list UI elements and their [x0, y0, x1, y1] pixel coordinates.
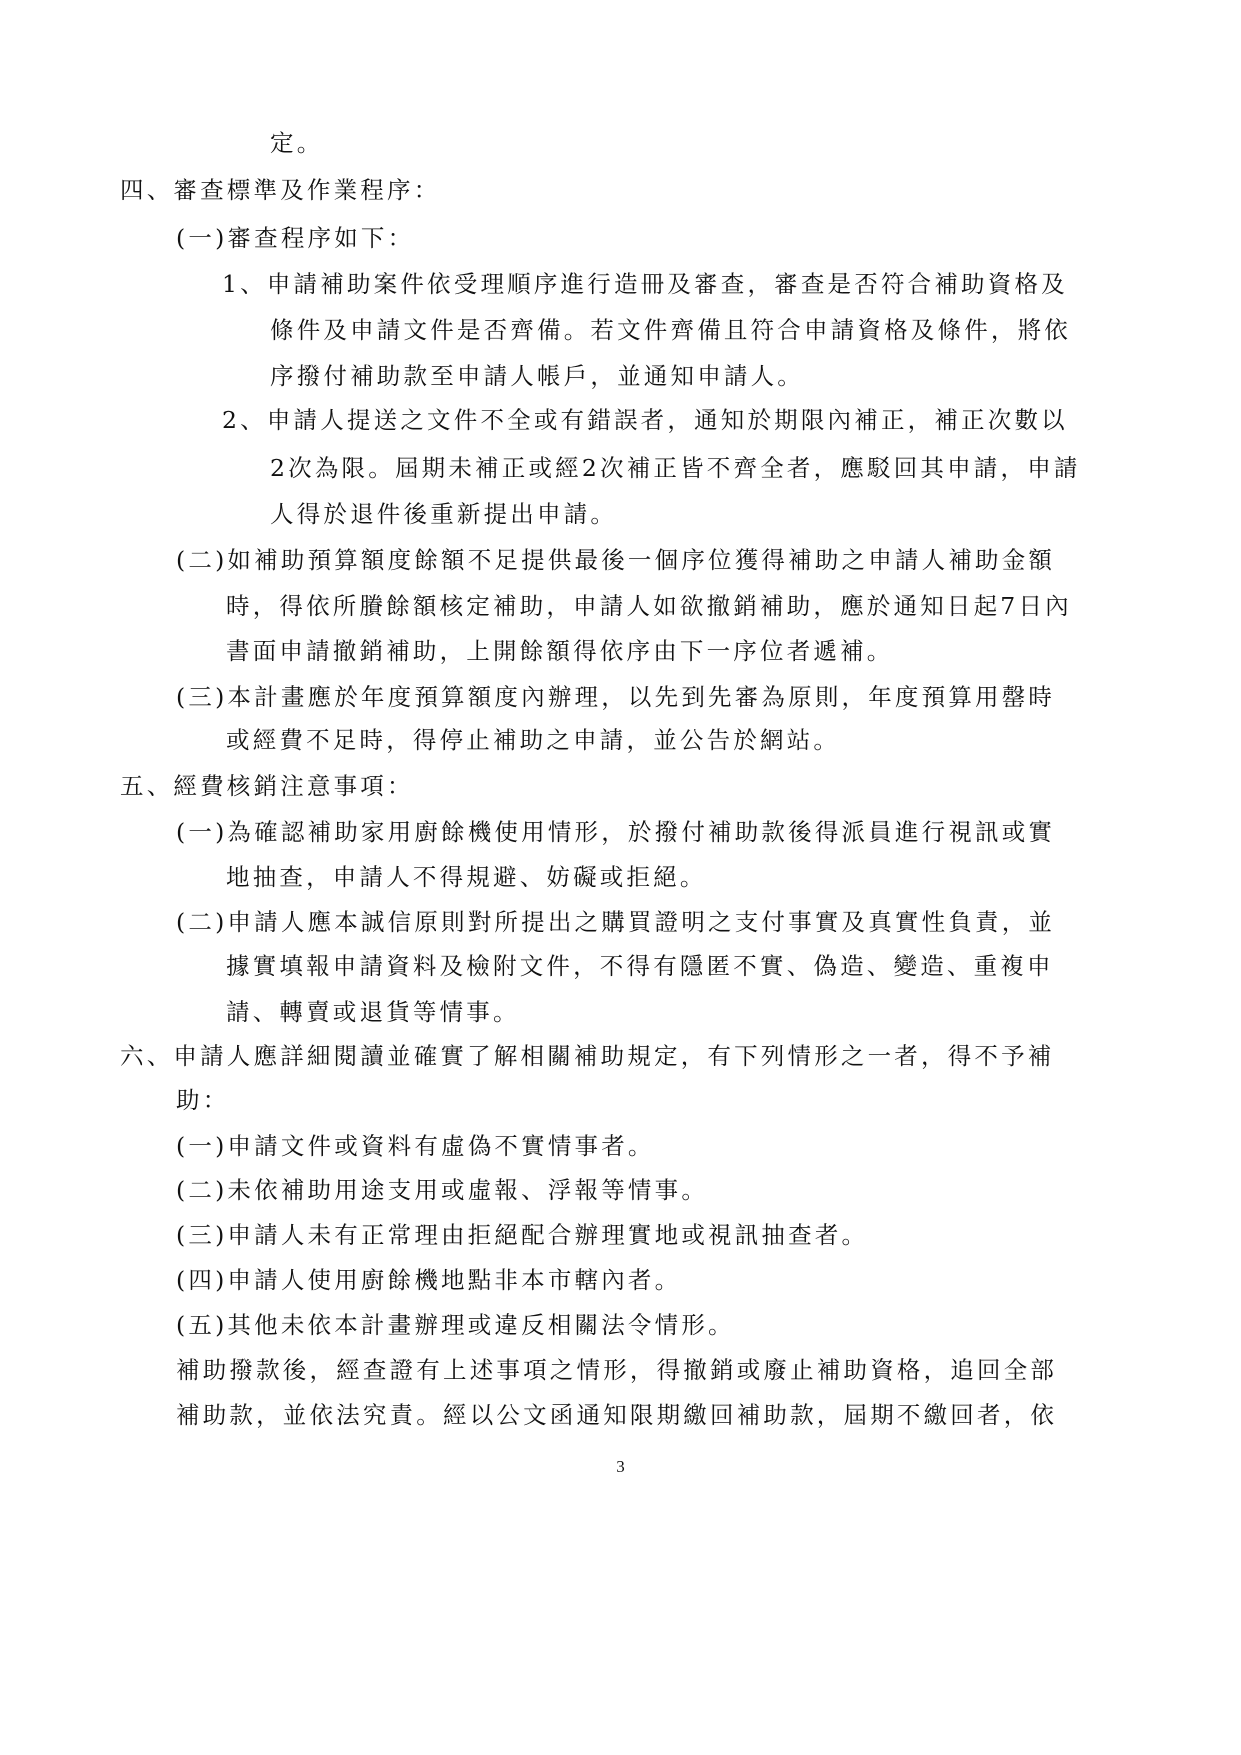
page-number: 3 — [0, 1457, 1241, 1477]
text-line: 條件及申請文件是否齊備。若文件齊備且符合申請資格及條件，將依 — [270, 315, 1071, 345]
text-line: (三)申請人未有正常理由拒絕配合辦理實地或視訊抽查者。 — [176, 1220, 868, 1250]
text-line: 時，得依所賸餘額核定補助，申請人如欲撤銷補助，應於通知日起7日內 — [226, 591, 1072, 621]
text-line: 地抽查，申請人不得規避、妨礙或拒絕。 — [226, 862, 707, 892]
text-line: 補助款，並依法究責。經以公文函通知限期繳回補助款，屆期不繳回者，依 — [176, 1400, 1057, 1430]
text-line: (一)為確認補助家用廚餘機使用情形，於撥付補助款後得派員進行視訊或實 — [176, 817, 1055, 847]
text-line: (四)申請人使用廚餘機地點非本市轄內者。 — [176, 1265, 681, 1295]
text-line: 人得於退件後重新提出申請。 — [270, 499, 617, 529]
text-line: 序撥付補助款至申請人帳戶，並通知申請人。 — [270, 361, 804, 391]
text-line: 六、申請人應詳細閱讀並確實了解相關補助規定，有下列情形之一者，得不予補 — [120, 1041, 1055, 1071]
text-line: 1、申請補助案件依受理順序進行造冊及審查，審查是否符合補助資格及 — [222, 269, 1068, 299]
text-line: 2、申請人提送之文件不全或有錯誤者，通知於期限內補正，補正次數以 — [222, 405, 1068, 435]
text-line: (五)其他未依本計畫辦理或違反相關法令情形。 — [176, 1310, 735, 1340]
text-line: 四、審查標準及作業程序： — [120, 175, 440, 205]
text-line: (一)審查程序如下： — [176, 223, 414, 253]
text-line: (二)申請人應本誠信原則對所提出之購買證明之支付事實及真實性負責，並 — [176, 907, 1055, 937]
text-line: (三)本計畫應於年度預算額度內辦理，以先到先審為原則，年度預算用罄時 — [176, 682, 1055, 712]
text-line: 請、轉賣或退貨等情事。 — [226, 997, 520, 1027]
text-line: (二)未依補助用途支用或虛報、浮報等情事。 — [176, 1175, 708, 1205]
text-line: 定。 — [270, 128, 323, 158]
text-line: 或經費不足時，得停止補助之申請，並公告於網站。 — [226, 725, 840, 755]
text-line: 五、經費核銷注意事項： — [120, 771, 414, 801]
text-line: 助： — [176, 1085, 229, 1115]
document-page: 定。四、審查標準及作業程序：(一)審查程序如下：1、申請補助案件依受理順序進行造… — [0, 0, 1241, 1755]
text-line: 書面申請撤銷補助，上開餘額得依序由下一序位者遞補。 — [226, 636, 894, 666]
text-line: 補助撥款後，經查證有上述事項之情形，得撤銷或廢止補助資格，追回全部 — [176, 1355, 1057, 1385]
text-line: 2次為限。屆期未補正或經2次補正皆不齊全者，應駁回其申請，申請 — [270, 453, 1081, 483]
text-line: (一)申請文件或資料有虛偽不實情事者。 — [176, 1131, 655, 1161]
text-line: (二)如補助預算額度餘額不足提供最後一個序位獲得補助之申請人補助金額 — [176, 545, 1055, 575]
text-line: 據實填報申請資料及檢附文件，不得有隱匿不實、偽造、變造、重複申 — [226, 951, 1054, 981]
